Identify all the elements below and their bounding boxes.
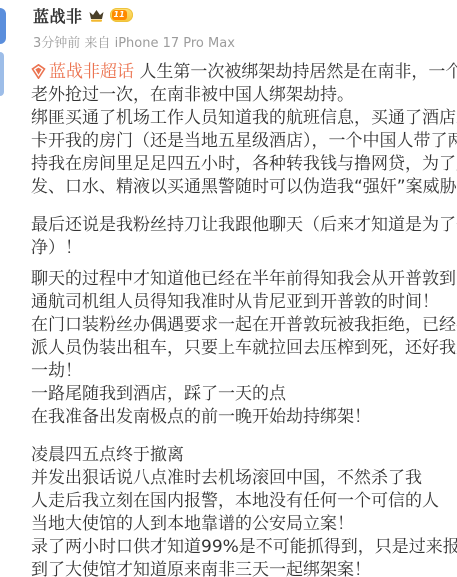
timestamp: 3分钟前 [33, 36, 80, 51]
post-line: 一劫！ [31, 360, 457, 383]
post-line: 净）！ [31, 237, 457, 260]
source-device: iPhone 17 Pro Max [115, 36, 235, 51]
post-line: 持我在房间里足足四五小时，各种转我钱与撸网贷，为了威胁我，收集我指纹 [31, 153, 457, 176]
post-content: 蓝战非超话 人生第一次被绑架劫持居然是在南非，一个人走了七大洲都没 老外抢过一次… [0, 61, 457, 577]
post-line: 在门口装粉丝办偶遇要求一起在开普敦玩被我拒绝，已经在机场门口埋伏了三 [31, 314, 457, 337]
post-header: 蓝战非 11 3分钟前 来自 iPhone 17 Pro Max [0, 0, 457, 48]
post-line: 聊天的过程中才知道他已经在半年前得知我会从开普敦到南极点，准备了半年 [31, 268, 457, 291]
post-line: 蓝战非超话 人生第一次被绑架劫持居然是在南非，一个人走了七大洲都没 [31, 61, 457, 84]
post-line: 一路尾随我到酒店，踩了一天的点 [31, 383, 457, 406]
post-line: 在我准备出发南极点的前一晚开始劫持绑架！ [31, 406, 457, 429]
paragraph: 凌晨四五点终于撤离 并发出狠话说八点准时去机场滚回中国，不然杀了我 人走后我立刻… [31, 444, 457, 577]
post-line: 绑匪买通了机场工作人员知道我的航班信息，买通了酒店工作人员晚上十二点 [31, 107, 457, 130]
source-label: 来自 [84, 36, 110, 51]
paragraph: 聊天的过程中才知道他已经在半年前得知我会从开普敦到南极点，准备了半年 通航司机组… [31, 268, 457, 429]
post-line: 通航司机组人员得知我准时从肯尼亚到开普敦的时间！ [31, 291, 457, 314]
post-line: 当地大使馆的人到本地靠谱的公安局立案！ [31, 513, 457, 536]
avatar[interactable] [0, 8, 6, 44]
post-line: 派人员伪装出租车，只要上车就拉回去压榨到死，还好我主动选择官方出租车 [31, 337, 457, 360]
vip-level-badge[interactable]: 11 [110, 8, 133, 22]
post-line: 录了两小时口供才知道99%是不可能抓得到，只是过来报备以免被栽赃嫁祸 [31, 536, 457, 559]
vip-level-number: 11 [112, 10, 127, 20]
post-line: 最后还说是我粉丝持刀让我跟他聊天（后来才知道是为了争取拖延国内把钱转 [31, 214, 457, 237]
post-line: 并发出狠话说八点准时去机场滚回中国，不然杀了我 [31, 467, 457, 490]
post-line: 凌晨四五点终于撤离 [31, 444, 457, 467]
supertopic-label: 蓝战非超话 [49, 62, 134, 82]
post-line: 到了大使馆才知道原来南非三天一起绑架案！ [31, 559, 457, 577]
post-text: 人生第一次被绑架劫持居然是在南非，一个人走了七大洲都没 [139, 62, 457, 82]
paragraph: 最后还说是我粉丝持刀让我跟他聊天（后来才知道是为了争取拖延国内把钱转 净）！ [31, 214, 457, 260]
post-line: 卡开我的房门（还是当地五星级酒店），一个中国人带了两个黑人持刀在我熟 [31, 130, 457, 153]
paragraph: 蓝战非超话 人生第一次被绑架劫持居然是在南非，一个人走了七大洲都没 老外抢过一次… [31, 61, 457, 199]
supertopic-link[interactable]: 蓝战非超话 [31, 62, 134, 82]
username[interactable]: 蓝战非 [33, 4, 83, 27]
avatar-edge-fragment [0, 52, 4, 96]
post-line: 发、口水、精液以买通黑警随时可以伪造我“强奸”案威胁不许报警。 [31, 176, 457, 199]
post-line: 人走后我立刻在国内报警，本地没有任何一个可信的人 [31, 490, 457, 513]
post-line: 老外抢过一次，在南非被中国人绑架劫持。 [31, 84, 457, 107]
vip-crown-icon [88, 8, 105, 23]
post-meta: 3分钟前 来自 iPhone 17 Pro Max [33, 32, 457, 48]
gem-icon [31, 63, 46, 78]
